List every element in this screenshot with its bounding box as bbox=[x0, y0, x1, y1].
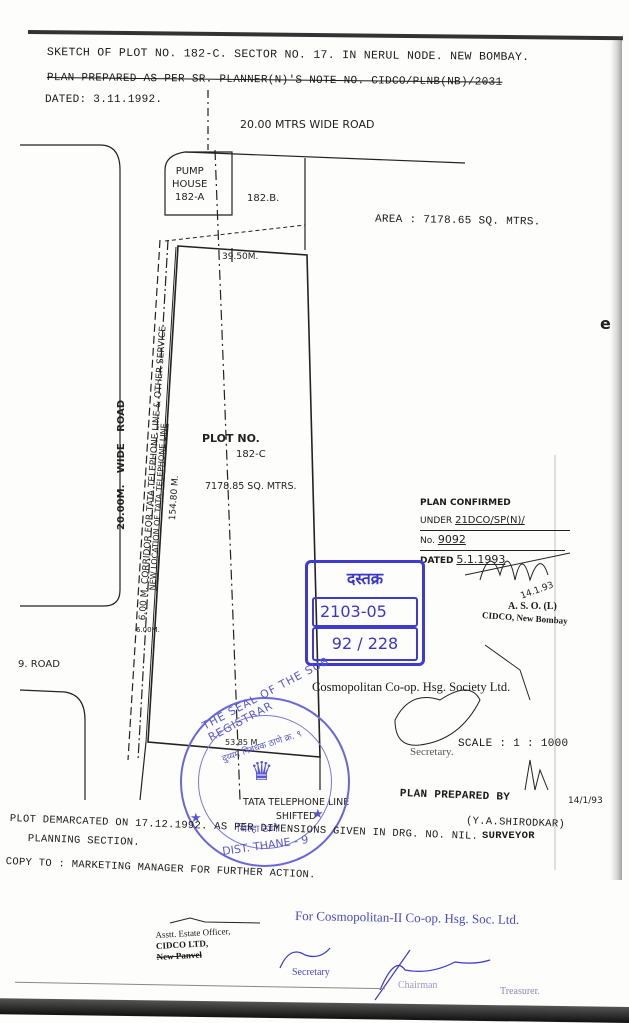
pump-house-line-1: PUMP bbox=[172, 165, 207, 178]
surveyor-title: SURVEYOR bbox=[482, 830, 535, 842]
officer-designation: A. S. O. (L) bbox=[508, 601, 557, 612]
stamp-row-1: दस्तक्र bbox=[312, 565, 418, 593]
scale-label: SCALE : 1 : 1000 bbox=[458, 738, 568, 750]
pump-house-line-2: HOUSE bbox=[172, 178, 207, 191]
margin-mark: e bbox=[600, 314, 611, 333]
dated-label-confirm: DATED bbox=[420, 556, 454, 566]
pump-house-line-3: 182-A bbox=[172, 191, 207, 204]
footer-treasurer: Treasurer. bbox=[500, 986, 540, 997]
under-value: 21DCO/SP(N)/ bbox=[455, 515, 525, 526]
plot-no-label: PLOT NO. bbox=[202, 432, 260, 445]
plot-number: 182-C bbox=[236, 449, 266, 460]
top-width-label: 39.50M. bbox=[222, 252, 258, 262]
sub-registrar-seal: THE SEAL OF THE SUB REGISTRAR दुय्यम निब… bbox=[180, 697, 350, 867]
no-value: 9092 bbox=[438, 533, 466, 546]
corridor-width-label: 6.00M. bbox=[136, 626, 160, 634]
estate-officer-block: Asstt. Estate Officer, CIDCO LTD, New Pa… bbox=[155, 926, 232, 963]
stamp-row-2: 2103-05 bbox=[312, 597, 418, 627]
left-road-label: 9. ROAD bbox=[18, 659, 60, 670]
plot-182b-label: 182.B. bbox=[247, 193, 279, 204]
plan-confirmed-title: PLAN CONFIRMED bbox=[420, 495, 570, 512]
confirmed-under-row: UNDER 21DCO/SP(N)/ bbox=[420, 512, 570, 531]
society-role: Secretary. bbox=[410, 746, 454, 758]
plan-prepared-date: 14/1/93 bbox=[568, 796, 603, 806]
plot-area: 7178.85 SQ. MTRS. bbox=[205, 481, 297, 492]
confirmed-no-row: No. 9092 bbox=[420, 531, 565, 551]
star-icon-right: ★ bbox=[312, 807, 324, 822]
no-label: No. bbox=[420, 536, 435, 546]
pump-house-label: PUMP HOUSE 182-A bbox=[172, 165, 207, 204]
emblem-icon: ♛ bbox=[250, 757, 273, 787]
registry-stamp: दस्तक्र 2103-05 92 / 228 bbox=[305, 560, 425, 666]
society-name: Cosmopolitan Co-op. Hsg. Society Ltd. bbox=[312, 680, 510, 695]
dated-label: DATED: 3.11.1992. bbox=[45, 94, 162, 106]
side-road-label: 20.00M. WIDE ROAD bbox=[116, 400, 127, 530]
dated-value: 5.1.1993 bbox=[456, 553, 505, 566]
plan-confirmed-block: PLAN CONFIRMED UNDER 21DCO/SP(N)/ No. 90… bbox=[420, 495, 570, 570]
footer-secretary: Secretary bbox=[292, 967, 330, 978]
confirmed-dated-row: DATED 5.1.1993 bbox=[420, 551, 570, 570]
under-label: UNDER bbox=[420, 516, 452, 526]
footer-chairman: Chairman bbox=[398, 980, 437, 991]
top-road-label: 20.00 MTRS WIDE ROAD bbox=[240, 118, 374, 131]
